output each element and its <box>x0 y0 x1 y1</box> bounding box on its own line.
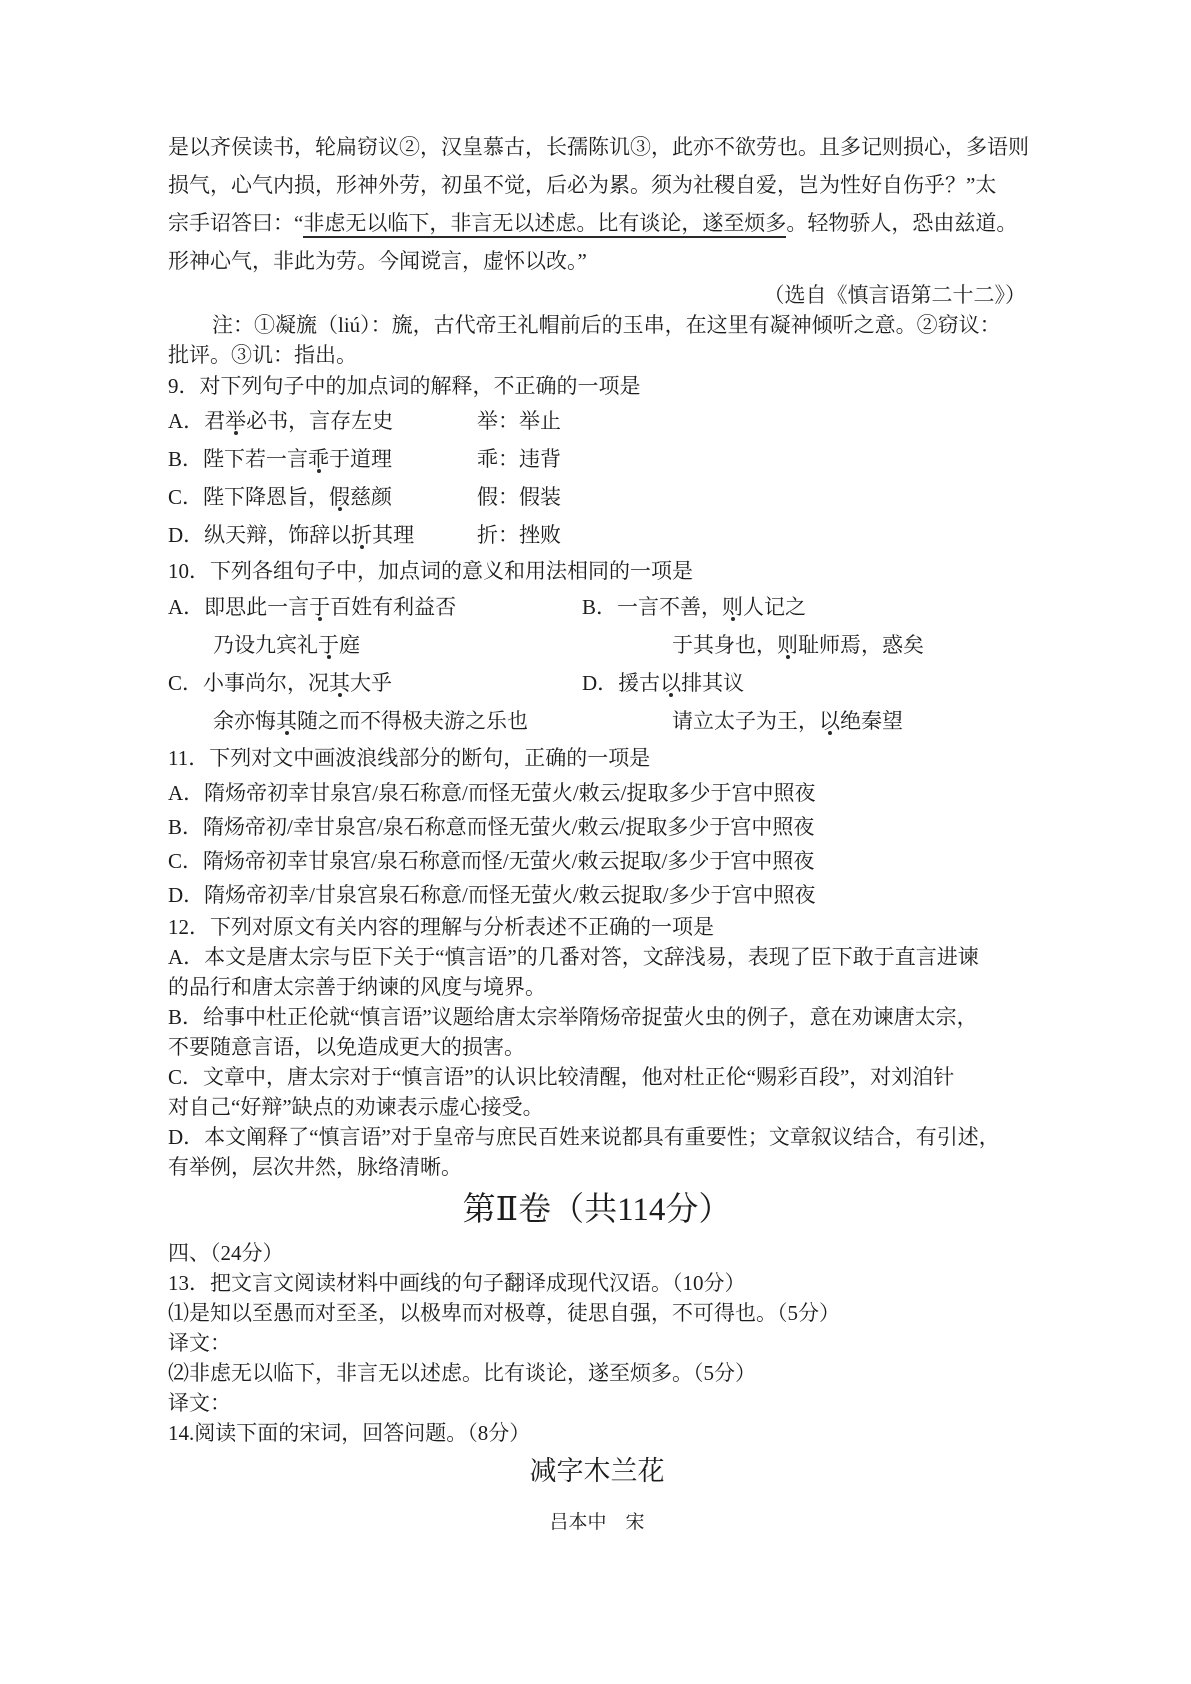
dotted-char: 乖 <box>308 447 329 471</box>
option-text: 百姓有利益否 <box>330 595 456 619</box>
option-text: A．即思此一言 <box>168 595 309 619</box>
section-heading: 四、（24分） <box>168 1238 1026 1268</box>
dotted-char: 则 <box>722 595 743 619</box>
option-text: 大乎 <box>350 671 392 695</box>
q10-row: 乃设九宾礼于庭 于其身也，则耻师焉，惑矣 <box>168 626 1026 664</box>
option-text: B．陛下若一言 <box>168 447 308 471</box>
q12-option-line: 对自己“好辩”缺点的劝谏表示虚心接受。 <box>168 1092 1026 1122</box>
dotted-char: 举 <box>225 409 246 433</box>
q11-stem: 11．下列对文中画波浪线部分的断句，正确的一项是 <box>168 740 1026 776</box>
q10-stem: 10．下列各组句子中，加点词的意义和用法相同的一项是 <box>168 554 1026 588</box>
q9-stem: 9．对下列句子中的加点词的解释，不正确的一项是 <box>168 370 1026 402</box>
q10-row: C．小事尚尔，况其大乎 D．援古以排其议 <box>168 664 1026 702</box>
option-text: 慈颜 <box>350 485 392 509</box>
option-text: 耻师焉，惑矣 <box>798 633 924 657</box>
passage-line: 损气，心气内损，形神外劳，初虽不觉，后必为累。须为社稷自爱，岂为性好自伤乎？”太 <box>168 166 1026 204</box>
dotted-char: 以 <box>660 671 681 695</box>
option-text: 于道理 <box>329 447 392 471</box>
note-line: 注：①凝旒（liú）：旒，古代帝王礼帽前后的玉串，在这里有凝神倾听之意。②窃议： <box>168 310 1026 340</box>
q9-sentence: B．陛下若一言乖于道理 <box>168 440 477 478</box>
dotted-char: 其 <box>329 671 350 695</box>
q10-right-cell: D．援古以排其议 <box>582 664 1026 702</box>
q10-right-cell: 请立太子为王，以绝秦望 <box>627 702 1026 740</box>
q10-right-cell: B．一言不善，则人记之 <box>582 588 1026 626</box>
option-text: 余亦悔 <box>213 709 276 733</box>
note-line: 批评。③讥：指出。 <box>168 340 1026 370</box>
q12-option-line: B．给事中杜正伦就“慎言语”议题给唐太宗举隋炀帝捉萤火虫的例子，意在劝谏唐太宗， <box>168 1002 1026 1032</box>
q10-left-cell: 乃设九宾礼于庭 <box>168 626 627 664</box>
option-text: 人记之 <box>743 595 806 619</box>
q9-gloss: 折：挫败 <box>477 516 561 554</box>
option-text: C．陛下降恩旨， <box>168 485 329 509</box>
translation-label: 译文： <box>168 1328 1026 1358</box>
q10-row: A．即思此一言于百姓有利益否 B．一言不善，则人记之 <box>168 588 1026 626</box>
option-text: B．一言不善， <box>582 595 722 619</box>
option-text: 庭 <box>339 633 360 657</box>
q10-right-cell: 于其身也，则耻师焉，惑矣 <box>627 626 1026 664</box>
q13-item: ⑴是知以至愚而对至圣，以极卑而对极尊，徒思自强，不可得也。（5分） <box>168 1298 1026 1328</box>
underlined-text: 非虑无以临下，非言无以述虑。比有谈论，遂至烦多 <box>303 211 786 238</box>
q11-option: C．隋炀帝初幸甘泉宫/泉石称意而怪/无萤火/敕云捉取/多少于宫中照夜 <box>168 844 1026 878</box>
q11-option: D．隋炀帝初幸/甘泉宫泉石称意/而怪无萤火/敕云捉取/多少于宫中照夜 <box>168 878 1026 912</box>
q14-stem: 14.阅读下面的宋词，回答问题。（8分） <box>168 1418 1026 1448</box>
q9-gloss: 乖：违背 <box>477 440 561 478</box>
q9-gloss: 举：举止 <box>477 402 561 440</box>
q9-sentence: D．纵天辩，饰辞以折其理 <box>168 516 477 554</box>
dotted-char: 则 <box>777 633 798 657</box>
poem-title: 减字木兰花 <box>168 1448 1026 1494</box>
q13-stem: 13．把文言文阅读材料中画线的句子翻译成现代汉语。（10分） <box>168 1268 1026 1298</box>
source-attribution: （选自《慎言语第二十二》） <box>168 280 1026 310</box>
q10-left-cell: A．即思此一言于百姓有利益否 <box>168 588 582 626</box>
q10-row: 余亦悔其随之而不得极夫游之乐也 请立太子为王，以绝秦望 <box>168 702 1026 740</box>
q12-option-line: 的品行和唐太宗善于纳谏的风度与境界。 <box>168 972 1026 1002</box>
passage-line: 宗手诏答曰：“非虑无以临下，非言无以述虑。比有谈论，遂至烦多。轻物骄人，恐由兹道… <box>168 204 1026 242</box>
option-text: 于其身也， <box>672 633 777 657</box>
dotted-char: 其 <box>276 709 297 733</box>
option-text: 排其议 <box>681 671 744 695</box>
option-text: D．纵天辩，饰辞以 <box>168 523 351 547</box>
q11-option: A．隋炀帝初幸甘泉宫/泉石称意/而怪无萤火/敕云/捉取多少于宫中照夜 <box>168 776 1026 810</box>
passage-line: 形神心气，非此为劳。今闻谠言，虚怀以改。” <box>168 242 1026 280</box>
dotted-char: 以 <box>819 709 840 733</box>
q9-sentence: A．君举必书，言存左史 <box>168 402 477 440</box>
poem-author: 吕本中 宋 <box>168 1508 1026 1538</box>
q12-option-line: D．本文阐释了“慎言语”对于皇帝与庶民百姓来说都具有重要性；文章叙议结合，有引述… <box>168 1122 1026 1152</box>
dotted-char: 折 <box>351 523 372 547</box>
q12-option-line: 有举例，层次井然，脉络清晰。 <box>168 1152 1026 1182</box>
q9-option-row: A．君举必书，言存左史 举：举止 <box>168 402 1026 440</box>
passage-line: 是以齐侯读书，轮扁窃议②，汉皇慕古，长孺陈讥③，此亦不欲劳也。且多记则损心，多语… <box>168 128 1026 166</box>
q9-option-row: B．陛下若一言乖于道理 乖：违背 <box>168 440 1026 478</box>
q12-option-line: 不要随意言语，以免造成更大的损害。 <box>168 1032 1026 1062</box>
q9-option-row: D．纵天辩，饰辞以折其理 折：挫败 <box>168 516 1026 554</box>
q12-stem: 12．下列对原文有关内容的理解与分析表述不正确的一项是 <box>168 912 1026 942</box>
exam-page: 是以齐侯读书，轮扁窃议②，汉皇慕古，长孺陈讥③，此亦不欲劳也。且多记则损心，多语… <box>0 0 1191 1684</box>
option-text: 其理 <box>372 523 414 547</box>
option-text: 乃设九宾礼 <box>213 633 318 657</box>
q10-left-cell: C．小事尚尔，况其大乎 <box>168 664 582 702</box>
q11-option: B．隋炀帝初/幸甘泉宫/泉石称意而怪无萤火/敕云/捉取多少于宫中照夜 <box>168 810 1026 844</box>
option-text: A．君 <box>168 409 225 433</box>
q9-option-row: C．陛下降恩旨，假慈颜 假：假装 <box>168 478 1026 516</box>
passage-text: 。轻物骄人，恐由兹道。 <box>786 211 1017 235</box>
dotted-char: 于 <box>318 633 339 657</box>
dotted-char: 于 <box>309 595 330 619</box>
q12-option-line: C．文章中，唐太宗对于“慎言语”的认识比较清醒，他对杜正伦“赐彩百段”，对刘洎针 <box>168 1062 1026 1092</box>
option-text: 绝秦望 <box>840 709 903 733</box>
option-text: D．援古 <box>582 671 660 695</box>
option-text: 请立太子为王， <box>672 709 819 733</box>
option-text: C．小事尚尔，况 <box>168 671 329 695</box>
dotted-char: 假 <box>329 485 350 509</box>
q9-sentence: C．陛下降恩旨，假慈颜 <box>168 478 477 516</box>
passage-text: 宗手诏答曰：“ <box>168 211 303 235</box>
q9-gloss: 假：假装 <box>477 478 561 516</box>
part2-heading: 第Ⅱ卷（共114分） <box>168 1182 1026 1238</box>
option-text: 必书，言存左史 <box>246 409 393 433</box>
translation-label: 译文： <box>168 1388 1026 1418</box>
q13-item: ⑵非虑无以临下，非言无以述虑。比有谈论，遂至烦多。（5分） <box>168 1358 1026 1388</box>
q10-left-cell: 余亦悔其随之而不得极夫游之乐也 <box>168 702 627 740</box>
q12-option-line: A．本文是唐太宗与臣下关于“慎言语”的几番对答，文辞浅易，表现了臣下敢于直言进谏 <box>168 942 1026 972</box>
option-text: 随之而不得极夫游之乐也 <box>297 709 528 733</box>
